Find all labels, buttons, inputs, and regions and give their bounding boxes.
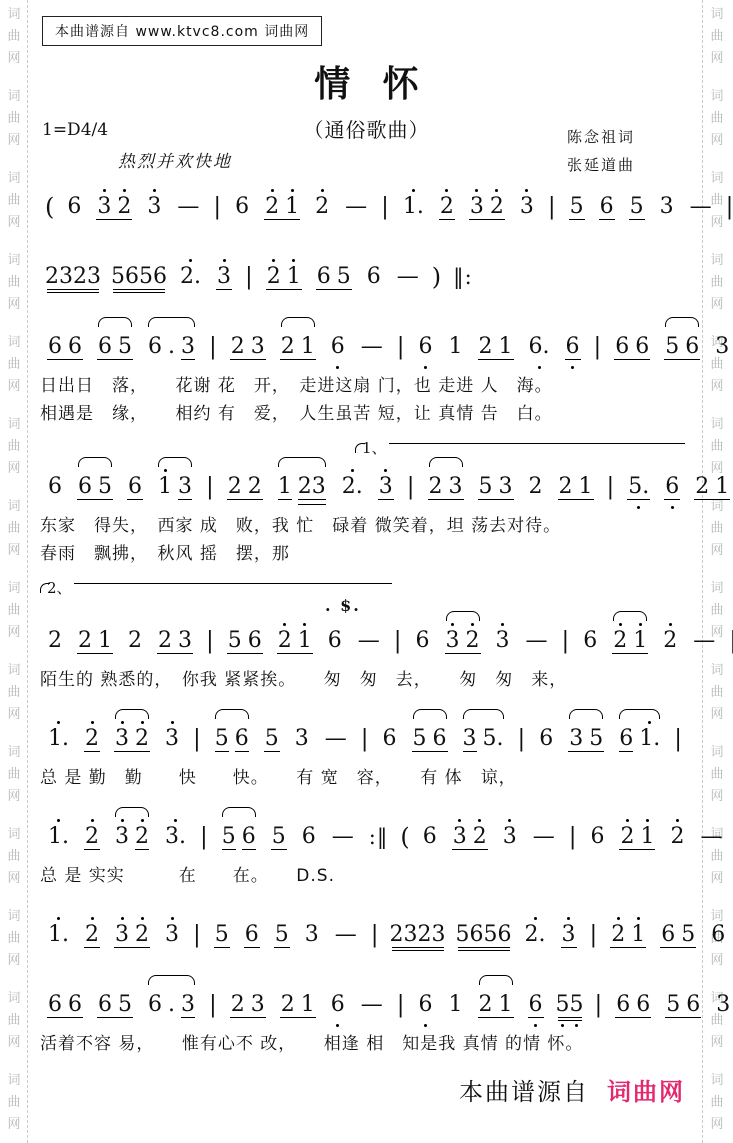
volta-label: 2、: [47, 580, 72, 596]
note-glyph: —: [693, 628, 715, 654]
barline: |: [391, 616, 405, 672]
note-glyph: 6: [328, 628, 342, 654]
note-glyph: 6: [433, 726, 447, 752]
beam-underline: [528, 1017, 544, 1018]
note-glyph: .: [168, 334, 175, 360]
watermark-char: 词: [710, 414, 723, 436]
note: |: [562, 616, 570, 672]
barline: |: [587, 910, 601, 966]
watermark-char: 曲: [7, 846, 20, 868]
note-glyph: |: [371, 922, 379, 948]
high-octave-dot: [189, 259, 192, 262]
note: 3: [470, 182, 484, 238]
note-glyph: 6: [498, 922, 512, 948]
high-octave-dot: [534, 917, 537, 920]
note: 3: [178, 616, 192, 672]
note-glyph: |: [200, 824, 208, 850]
tempo-marking: 热烈并欢快地: [118, 147, 232, 172]
note-glyph: 5: [118, 992, 132, 1018]
note-glyph: 6: [600, 194, 614, 220]
note-group: 3: [500, 812, 520, 868]
note: 1: [499, 322, 513, 378]
note-glyph: 2: [559, 474, 573, 500]
note-glyph: |: [607, 474, 615, 500]
note-glyph: 1: [298, 628, 312, 654]
beam-underline: [629, 219, 645, 220]
watermark-char: 曲: [7, 26, 20, 48]
note-glyph: —: [177, 194, 199, 220]
note-group: 21: [278, 980, 318, 1036]
note-glyph: 2: [267, 264, 281, 290]
note-glyph: —: [335, 922, 357, 948]
beam-underline: [568, 751, 604, 752]
beam-underline: [264, 751, 280, 752]
note: 6: [48, 462, 62, 518]
note-glyph: 3: [181, 992, 195, 1018]
segno-mark: . $.: [325, 596, 361, 615]
note: 5: [272, 812, 286, 868]
note: 6: [68, 322, 82, 378]
note: 1: [287, 252, 301, 308]
note: 6: [539, 714, 553, 770]
note-glyph: 6: [419, 334, 433, 360]
beam-underline: [96, 219, 132, 220]
note-glyph: —: [325, 726, 347, 752]
note: |: [607, 462, 615, 518]
note-glyph: 2: [231, 334, 245, 360]
low-octave-dot: [424, 366, 427, 369]
watermark-char: 词: [7, 824, 20, 846]
note-glyph: 5.: [483, 726, 504, 752]
note: 6: [125, 252, 139, 308]
footer-credit: 本曲谱源自 词曲网: [459, 1072, 685, 1107]
watermark-char: 词: [7, 496, 20, 518]
beam-underline: [280, 1017, 316, 1018]
watermark-char: 网: [7, 540, 20, 562]
octave-dot-above: [141, 812, 144, 824]
note: 3: [716, 980, 730, 1036]
note-glyph: 5: [275, 922, 289, 948]
note: |: [361, 714, 369, 770]
octave-dot-above: [617, 910, 620, 922]
beam-underline: [612, 653, 648, 654]
watermark-char: 网: [7, 704, 20, 726]
score: (6323—|6212—|1.2323|5653—|232356562.3|21…: [40, 182, 696, 1056]
note-glyph: 3: [115, 922, 129, 948]
note-glyph: |: [590, 922, 598, 948]
watermark-char: 曲: [710, 272, 723, 294]
note: 3: [432, 910, 446, 966]
note-glyph: 5: [479, 474, 493, 500]
note-group: 32: [112, 910, 152, 966]
note-group: 2323: [390, 910, 446, 966]
note: 5: [630, 182, 644, 238]
note-group: 32: [112, 714, 152, 770]
note-group: 2: [45, 616, 65, 672]
note-glyph: 3: [165, 726, 179, 752]
note-group: 21: [617, 812, 657, 868]
note-glyph: 6: [68, 334, 82, 360]
note: 3: [165, 910, 179, 966]
note-group: 5656: [456, 910, 512, 966]
barline: |: [190, 714, 204, 770]
octave-dot-above: [321, 182, 324, 194]
footer-brand[interactable]: 词曲网: [607, 1072, 685, 1107]
note-group: 13: [155, 462, 195, 518]
note-glyph: 6: [67, 194, 81, 220]
notation-line: (6323—|6212—|1.2323|5653—|: [40, 182, 696, 230]
repeat-sign: ‖:: [450, 252, 476, 308]
high-octave-dot: [57, 917, 60, 920]
watermark-char: 曲: [7, 354, 20, 376]
beam-underline: [280, 359, 316, 360]
note-glyph: 3: [251, 992, 265, 1018]
low-octave-dot: [336, 1024, 339, 1027]
octave-dot-above: [451, 616, 454, 628]
beam-underline: [227, 653, 263, 654]
note: 2: [670, 812, 684, 868]
note-group: 23: [155, 616, 195, 672]
high-octave-dot: [91, 721, 94, 724]
volta-bracket: 2、: [40, 580, 392, 596]
watermark-char: 词: [710, 4, 723, 26]
note-glyph: |: [548, 194, 556, 220]
key-signature: 1=D4/4: [42, 120, 108, 140]
note-glyph: 3.: [165, 824, 186, 850]
octave-dot-above: [171, 714, 174, 726]
note-group: 35.: [460, 714, 507, 770]
note: |: [245, 252, 253, 308]
note-glyph: 3: [178, 474, 192, 500]
note: 3: [251, 980, 265, 1036]
note-glyph: 3: [463, 726, 477, 752]
octave-dot-above: [271, 182, 274, 194]
note: 3: [446, 616, 460, 672]
note: 6: [98, 980, 112, 1036]
octave-dot-above: [283, 616, 286, 628]
octave-dot-above: [121, 812, 124, 824]
octave-dot-above: [91, 910, 94, 922]
note-group: 32: [94, 182, 134, 238]
high-octave-dot: [619, 623, 622, 626]
note-glyph: —: [358, 628, 380, 654]
note-glyph: 3: [115, 824, 129, 850]
note-group: 6: [299, 812, 319, 868]
beam-underline: [84, 849, 100, 850]
watermark-char: 词: [7, 250, 20, 272]
high-octave-dot: [141, 917, 144, 920]
high-octave-dot: [451, 623, 454, 626]
notation-line: 1.2323|5653—|65635.|63561.|: [40, 714, 696, 762]
note-group: 6: [328, 322, 348, 378]
note-glyph: 2: [135, 726, 149, 752]
note: —: [397, 252, 419, 308]
barline: |: [394, 980, 408, 1036]
note-glyph: 2: [117, 194, 131, 220]
note: 5: [479, 462, 493, 518]
volta-line: [389, 443, 685, 444]
high-octave-dot: [223, 259, 226, 262]
note-glyph: 2: [48, 628, 62, 654]
octave-dot-above: [458, 812, 461, 824]
note-glyph: 1: [301, 334, 315, 360]
watermark-char: 网: [710, 540, 723, 562]
note-group: 6.3: [145, 322, 198, 378]
note: 2: [85, 714, 99, 770]
note-glyph: 2: [613, 628, 627, 654]
note-group: 6: [580, 616, 600, 672]
note-group: 2: [82, 714, 102, 770]
note-glyph: 1: [287, 264, 301, 290]
note: 3: [503, 812, 517, 868]
octave-dot-above: [648, 714, 651, 726]
note: 5: [139, 252, 153, 308]
note-glyph: 6: [383, 726, 397, 752]
note: 3: [165, 714, 179, 770]
octave-dot-above: [272, 252, 275, 264]
note-glyph: 2.: [342, 474, 363, 500]
note-group: —: [358, 322, 386, 378]
beam-underline: [113, 289, 165, 290]
octave-dot-below: [336, 360, 339, 378]
note-group: —: [697, 812, 725, 868]
octave-dot-above: [164, 462, 167, 474]
octave-dot-above: [626, 812, 629, 824]
beam-underline: [664, 359, 700, 360]
barline: |: [190, 910, 204, 966]
note: 3: [449, 462, 463, 518]
note: 2: [265, 182, 279, 238]
octave-dot-above: [501, 616, 504, 628]
note-group: 5.: [625, 462, 652, 518]
note: 6: [686, 980, 700, 1036]
high-octave-dot: [475, 189, 478, 192]
note-group: 6: [416, 322, 436, 378]
note-glyph: 6: [470, 922, 484, 948]
watermark-char: 网: [710, 376, 723, 398]
note-group: ): [429, 252, 444, 308]
note-glyph: 3: [716, 992, 730, 1018]
note-group: 6: [597, 182, 617, 238]
octave-dot-below: [336, 1018, 339, 1036]
high-octave-dot: [351, 469, 354, 472]
watermark-char: 词: [7, 1070, 20, 1092]
note: 3: [59, 252, 73, 308]
note-group: 21: [476, 322, 516, 378]
beam-underline: [565, 359, 581, 360]
note-glyph: 1: [449, 334, 463, 360]
note-glyph: 1: [278, 474, 292, 500]
note: 2: [281, 322, 295, 378]
note: 3: [147, 182, 161, 238]
note: 3: [305, 910, 319, 966]
note-glyph: |: [209, 992, 217, 1018]
note: |: [381, 182, 389, 238]
note-group: 21: [278, 322, 318, 378]
note: 5: [666, 980, 680, 1036]
note-group: 3.: [162, 812, 189, 868]
note-glyph: 6: [331, 992, 345, 1018]
note-glyph: 2: [620, 824, 634, 850]
note-group: 6: [563, 322, 583, 378]
octave-dot-below: [424, 360, 427, 378]
note-glyph: 5: [630, 194, 644, 220]
volta-line: [74, 583, 392, 584]
beam-underline: [84, 947, 100, 948]
note-glyph: 1.: [48, 726, 69, 752]
note-glyph: ): [432, 264, 441, 290]
barline: |: [394, 322, 408, 378]
note-glyph: 6: [245, 922, 259, 948]
note-group: —: [690, 616, 718, 672]
octave-dot-above: [646, 812, 649, 824]
note-group: 56: [219, 812, 259, 868]
note-glyph: 6.: [529, 334, 550, 360]
note-glyph: 1: [499, 334, 513, 360]
note: 5: [570, 182, 584, 238]
note: |: [209, 980, 217, 1036]
note-glyph: 2: [158, 628, 172, 654]
note: 3: [569, 714, 583, 770]
note: 1: [715, 462, 729, 518]
note: 2: [390, 910, 404, 966]
note-group: 6: [232, 182, 252, 238]
barline: |: [591, 322, 605, 378]
note: 2: [529, 462, 543, 518]
note-group: 21: [610, 616, 650, 672]
note-glyph: 3: [87, 264, 101, 290]
beam-underline: [266, 289, 302, 290]
note-glyph: 5: [272, 824, 286, 850]
high-octave-dot: [271, 189, 274, 192]
beam-underline: [428, 499, 464, 500]
note: 3: [181, 322, 195, 378]
note-group: 23: [426, 462, 466, 518]
high-octave-dot: [153, 189, 156, 192]
note-group: 32: [112, 812, 152, 868]
note: —: [361, 980, 383, 1036]
note-glyph: .: [168, 992, 175, 1018]
note: |: [206, 462, 214, 518]
beam-underline: [227, 499, 263, 500]
note-group: —: [530, 812, 558, 868]
note: 3: [379, 462, 393, 518]
note-glyph: 5: [111, 264, 125, 290]
note-glyph: |: [361, 726, 369, 752]
note: 2: [248, 462, 262, 518]
watermark-char: 曲: [7, 436, 20, 458]
note: —: [177, 182, 199, 238]
note: 2: [611, 910, 625, 966]
beam-underline: [558, 1017, 582, 1018]
beam-underline: [230, 359, 266, 360]
note-glyph: 2: [281, 334, 295, 360]
note: 3: [181, 980, 195, 1036]
low-octave-dot: [424, 1024, 427, 1027]
note-glyph: 6: [539, 726, 553, 752]
note-glyph: 3: [295, 726, 309, 752]
note-group: 23: [228, 322, 268, 378]
note: 1: [633, 616, 647, 672]
note-glyph: 3: [115, 726, 129, 752]
octave-dot-above: [91, 812, 94, 824]
note-glyph: 2: [85, 824, 99, 850]
note-glyph: 3: [251, 334, 265, 360]
note: 1: [285, 182, 299, 238]
note: 2: [85, 910, 99, 966]
note-group: 56: [410, 714, 450, 770]
note-glyph: 6: [148, 992, 162, 1018]
low-octave-dot: [561, 1024, 564, 1027]
note: 6: [331, 980, 345, 1036]
beam-underline: [127, 499, 143, 500]
beam-underline: [445, 653, 481, 654]
octave-dot-above: [637, 910, 640, 922]
beam-underline: [244, 947, 260, 948]
beam-underline: [469, 219, 505, 220]
note: 6: [128, 462, 142, 518]
beam-underline: [561, 947, 577, 948]
watermark-char: 曲: [7, 928, 20, 950]
note-glyph: 6: [317, 264, 331, 290]
note-glyph: 3: [520, 194, 534, 220]
note: 2: [135, 910, 149, 966]
volta-row: 2、: [40, 580, 696, 596]
note: 6: [470, 910, 484, 966]
beam-underline: [478, 359, 514, 360]
barline: |: [592, 980, 606, 1036]
note-glyph: —: [700, 824, 722, 850]
note-group: 5: [567, 182, 587, 238]
octave-dot-above: [639, 616, 642, 628]
octave-dot-above: [445, 182, 448, 194]
note-group: (: [397, 812, 412, 868]
note: |: [394, 616, 402, 672]
note-group: 65: [95, 322, 135, 378]
note-glyph: 2: [231, 992, 245, 1018]
octave-dot-above: [534, 910, 537, 922]
note-glyph: 6: [48, 334, 62, 360]
watermark-char: 网: [7, 786, 20, 808]
note-glyph: |: [595, 992, 603, 1018]
high-octave-dot: [57, 819, 60, 822]
note: 6: [433, 714, 447, 770]
note: 6: [416, 616, 430, 672]
note-glyph: |: [381, 194, 389, 220]
note: 2.: [342, 462, 363, 518]
note-group: 21: [556, 462, 596, 518]
beam-underline: [627, 499, 650, 500]
note-glyph: 2: [611, 922, 625, 948]
note: 2: [85, 812, 99, 868]
note-group: —: [355, 616, 383, 672]
note: 5: [228, 616, 242, 672]
high-octave-dot: [121, 917, 124, 920]
note-group: 66: [45, 980, 85, 1036]
note: 3: [404, 910, 418, 966]
watermark-char: 网: [7, 1114, 20, 1136]
note-glyph: 5: [666, 992, 680, 1018]
note-group: 61.: [616, 714, 663, 770]
note-group: 6: [45, 462, 65, 518]
note-group: 65: [314, 252, 354, 308]
lyric-line: 春雨 飘拂， 秋风 摇 摆，那: [40, 542, 696, 566]
note: —: [358, 616, 380, 672]
note-glyph: 1: [631, 922, 645, 948]
note-glyph: 2: [128, 628, 142, 654]
volta-row: 1、: [40, 440, 696, 456]
note: 5: [681, 910, 695, 966]
